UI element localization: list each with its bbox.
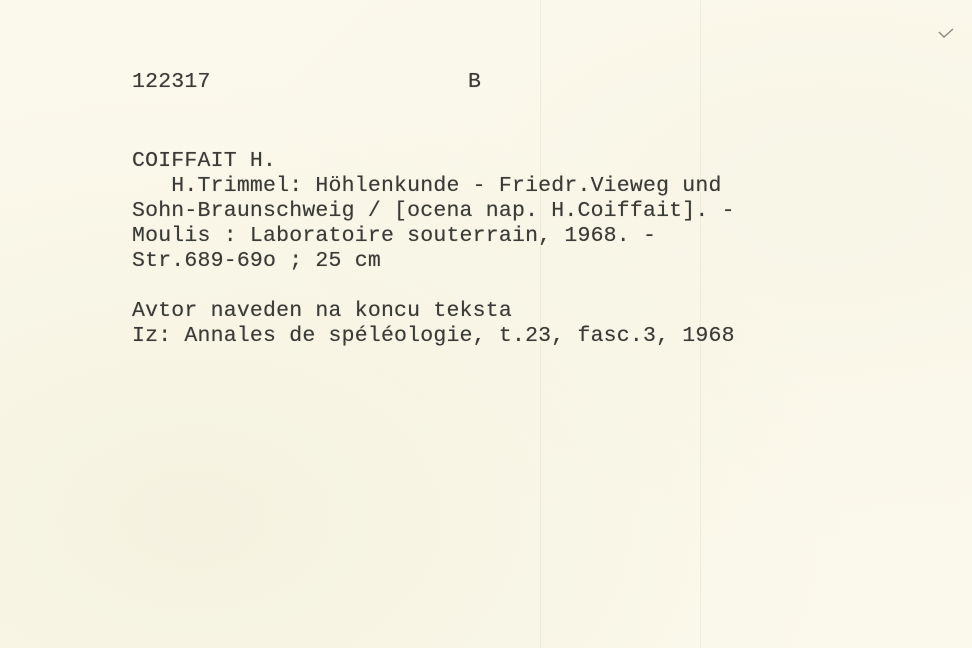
call-number: 122317	[132, 70, 211, 95]
description-line: Moulis : Laboratoire souterrain, 1968. -	[132, 224, 656, 249]
description-line: H.Trimmel: Höhlenkunde - Friedr.Vieweg u…	[132, 174, 722, 199]
note-line: Avtor naveden na koncu teksta	[132, 299, 512, 324]
check-mark-icon	[938, 28, 954, 38]
note-line: Iz: Annales de spéléologie, t.23, fasc.3…	[132, 324, 735, 349]
description-line: Str.689-69o ; 25 cm	[132, 249, 381, 274]
collection-mark: B	[468, 70, 481, 95]
catalog-card: 122317 B COIFFAIT H. H.Trimmel: Höhlenku…	[0, 0, 972, 648]
description-line: Sohn-Braunschweig / [ocena nap. H.Coiffa…	[132, 199, 735, 224]
author-heading: COIFFAIT H.	[132, 149, 276, 174]
